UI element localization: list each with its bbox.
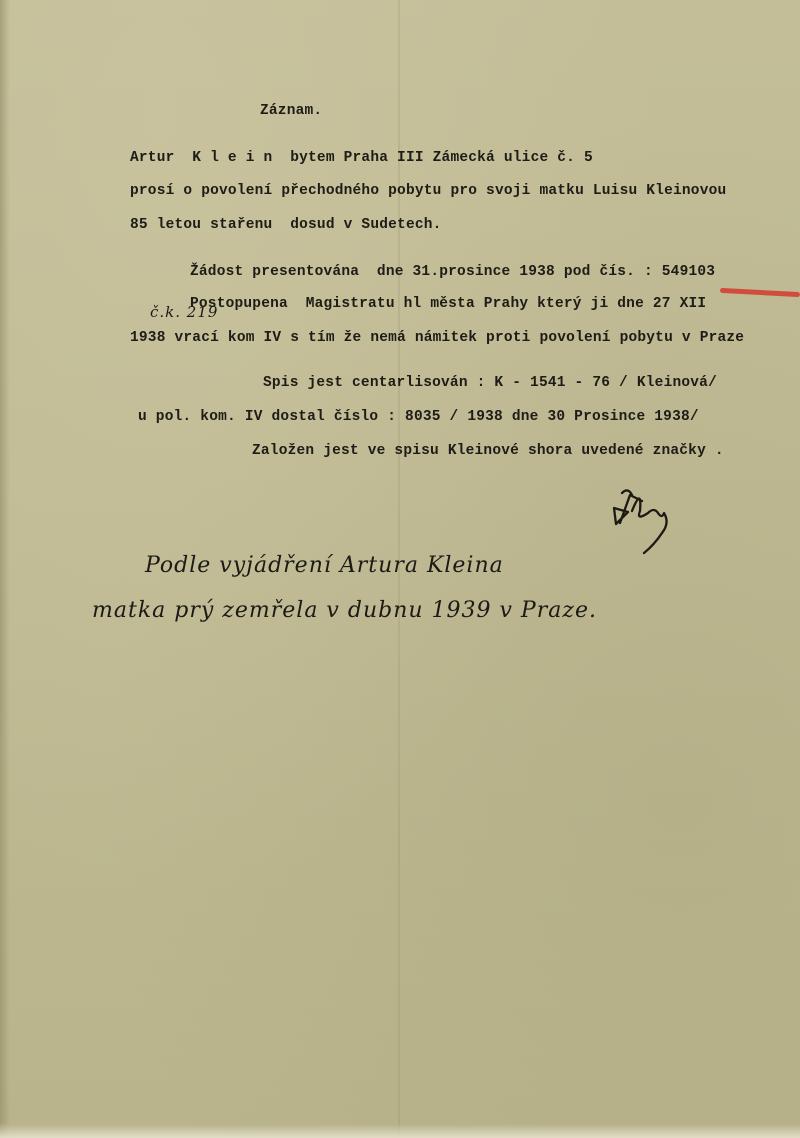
- paragraph3-line2: u pol. kom. IV dostal číslo : 8035 / 193…: [138, 409, 699, 425]
- paragraph1-line1: Artur K l e i n bytem Praha III Zámecká …: [130, 150, 593, 166]
- document-page: Záznam. Artur K l e i n bytem Praha III …: [0, 0, 800, 1138]
- paragraph1-line2: prosí o povolení přechodného pobytu pro …: [130, 183, 726, 199]
- paragraph2-line2: Postopupena Magistratu hl města Prahy kt…: [190, 296, 706, 312]
- margin-note: č.k. 219: [150, 303, 218, 321]
- signature: [610, 483, 690, 568]
- paragraph3-line3: Založen jest ve spisu Kleinové shora uve…: [252, 443, 724, 459]
- handwritten-note-line2: matka prý zemřela v dubnu 1939 v Praze.: [92, 598, 597, 623]
- paper-edge-bottom: [0, 1124, 800, 1138]
- paragraph3-line1: Spis jest centarlisován : K - 1541 - 76 …: [263, 375, 717, 391]
- document-title: Záznam.: [260, 103, 322, 119]
- signature-scrawl-icon: [610, 483, 690, 563]
- paragraph1-line3: 85 letou stařenu dosud v Sudetech.: [130, 217, 442, 233]
- red-underline-mark: [720, 288, 800, 297]
- paragraph2-line3: 1938 vrací kom IV s tím že nemá námitek …: [130, 330, 744, 346]
- handwritten-note-line1: Podle vyjádření Artura Kleina: [145, 553, 504, 578]
- paragraph2-line1: Žádost presentována dne 31.prosince 1938…: [190, 264, 715, 280]
- paper-edge-left: [0, 0, 10, 1138]
